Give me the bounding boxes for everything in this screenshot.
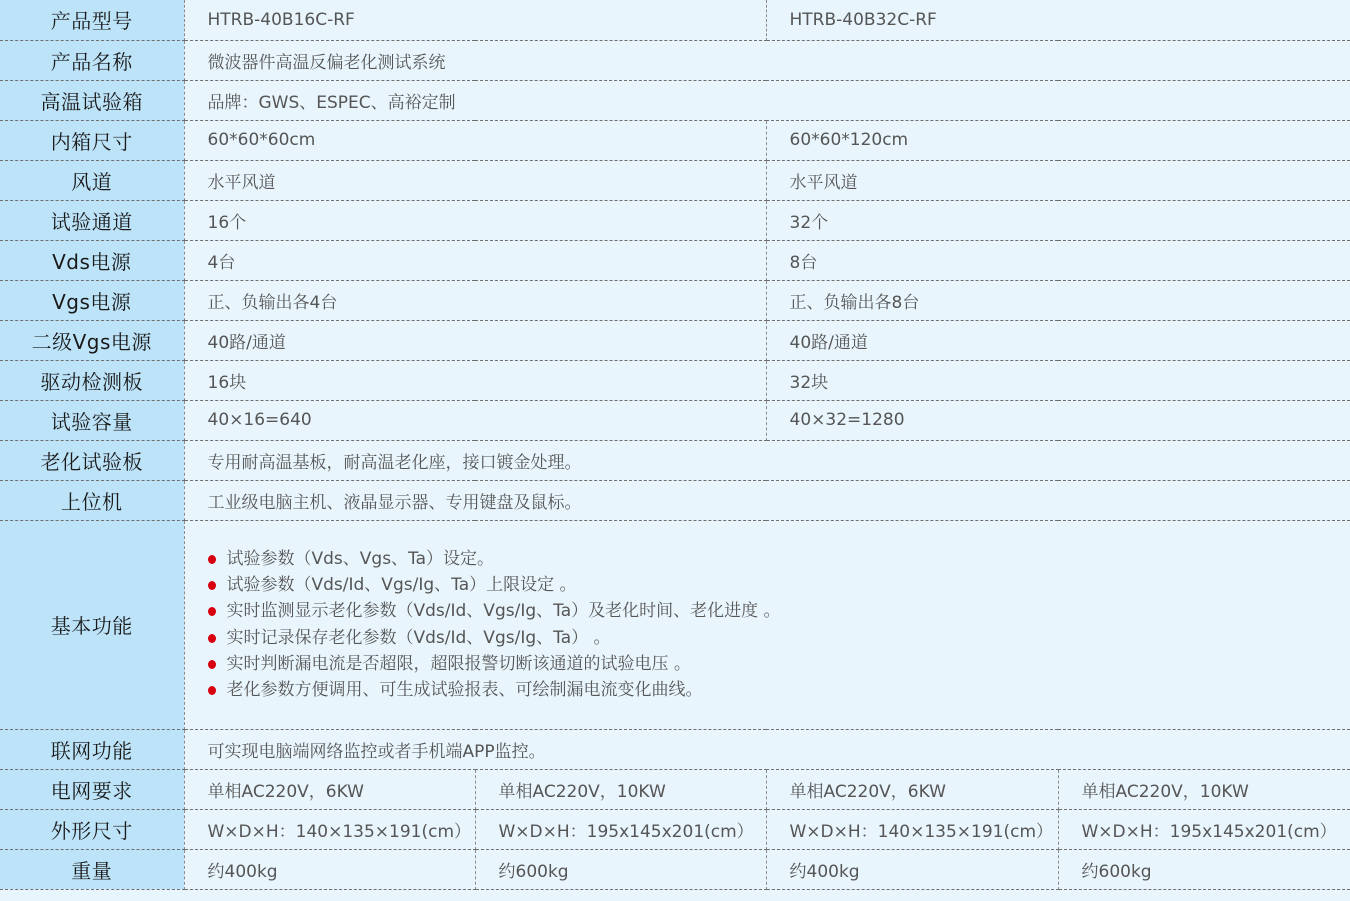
row-label: 试验通道	[0, 200, 184, 240]
row-label: 联网功能	[0, 729, 184, 769]
row-capacity: 试验容量 40×16=640 40×32=1280	[0, 400, 1350, 440]
cell-weight-2: 约600kg	[475, 849, 766, 889]
cell-inner-size-32: 60*60*120cm	[766, 120, 1350, 160]
row-basic-functions: 基本功能 试验参数（Vds、Vgs、Ta）设定。 试验参数（Vds/Id、Vgs…	[0, 520, 1350, 729]
cell-power-grid-1: 单相AC220V，6KW	[184, 769, 475, 809]
cell-weight-3: 约400kg	[766, 849, 1058, 889]
row-label: Vgs电源	[0, 280, 184, 320]
cell-power-grid-3: 单相AC220V，6KW	[766, 769, 1058, 809]
cell-dimensions-2: W×D×H：195x145x201(cm）	[475, 809, 766, 849]
row-driver-board: 驱动检测板 16块 32块	[0, 360, 1350, 400]
feature-list: 试验参数（Vds、Vgs、Ta）设定。 试验参数（Vds/Id、Vgs/Ig、T…	[208, 546, 1350, 704]
cell-capacity-16: 40×16=640	[184, 400, 766, 440]
feature-item: 试验参数（Vds/Id、Vgs/Ig、Ta）上限设定 。	[208, 572, 1350, 598]
cell-weight-1: 约400kg	[184, 849, 475, 889]
feature-item: 老化参数方便调用、可生成试验报表、可绘制漏电流变化曲线。	[208, 677, 1350, 703]
row-vgs-power: Vgs电源 正、负输出各4台 正、负输出各8台	[0, 280, 1350, 320]
row-label: 重量	[0, 849, 184, 889]
cell-basic-functions: 试验参数（Vds、Vgs、Ta）设定。 试验参数（Vds/Id、Vgs/Ig、T…	[184, 520, 1350, 729]
row-label: 风道	[0, 160, 184, 200]
cell-vgs-16: 正、负输出各4台	[184, 280, 766, 320]
cell-power-grid-4: 单相AC220V，10KW	[1058, 769, 1350, 809]
row-label: 内箱尺寸	[0, 120, 184, 160]
row-label: 外形尺寸	[0, 809, 184, 849]
row-host-pc: 上位机 工业级电脑主机、液晶显示器、专用键盘及鼠标。	[0, 480, 1350, 520]
row-network: 联网功能 可实现电脑端网络监控或者手机端APP监控。	[0, 729, 1350, 769]
cell-driver-board-16: 16块	[184, 360, 766, 400]
row-power-grid: 电网要求 单相AC220V，6KW 单相AC220V，10KW 单相AC220V…	[0, 769, 1350, 809]
cell-secondary-vgs-32: 40路/通道	[766, 320, 1350, 360]
row-label: 产品型号	[0, 0, 184, 40]
row-secondary-vgs: 二级Vgs电源 40路/通道 40路/通道	[0, 320, 1350, 360]
row-product-name: 产品名称 微波器件高温反偏老化测试系统	[0, 40, 1350, 80]
bullet-icon	[208, 686, 216, 695]
bullet-icon	[208, 607, 216, 616]
cell-vgs-32: 正、负输出各8台	[766, 280, 1350, 320]
feature-item: 实时监测显示老化参数（Vds/Id、Vgs/Ig、Ta）及老化时间、老化进度 。	[208, 598, 1350, 624]
row-chamber: 高温试验箱 品牌：GWS、ESPEC、高裕定制	[0, 80, 1350, 120]
row-label: 老化试验板	[0, 440, 184, 480]
row-label: 电网要求	[0, 769, 184, 809]
row-label: 产品名称	[0, 40, 184, 80]
row-label: 上位机	[0, 480, 184, 520]
cell-burnin-board: 专用耐高温基板，耐高温老化座，接口镀金处理。	[184, 440, 1350, 480]
cell-network: 可实现电脑端网络监控或者手机端APP监控。	[184, 729, 1350, 769]
bullet-icon	[208, 634, 216, 643]
cell-product-name: 微波器件高温反偏老化测试系统	[184, 40, 1350, 80]
cell-dimensions-4: W×D×H：195x145x201(cm）	[1058, 809, 1350, 849]
cell-model-32: HTRB-40B32C-RF	[766, 0, 1350, 40]
cell-weight-4: 约600kg	[1058, 849, 1350, 889]
row-inner-size: 内箱尺寸 60*60*60cm 60*60*120cm	[0, 120, 1350, 160]
cell-channels-16: 16个	[184, 200, 766, 240]
cell-secondary-vgs-16: 40路/通道	[184, 320, 766, 360]
row-label: 高温试验箱	[0, 80, 184, 120]
bullet-icon	[208, 581, 216, 590]
feature-item: 实时记录保存老化参数（Vds/Id、Vgs/Ig、Ta） 。	[208, 625, 1350, 651]
cell-capacity-32: 40×32=1280	[766, 400, 1350, 440]
row-model: 产品型号 HTRB-40B16C-RF HTRB-40B32C-RF	[0, 0, 1350, 40]
spec-table: 产品型号 HTRB-40B16C-RF HTRB-40B32C-RF 产品名称 …	[0, 0, 1350, 890]
cell-model-16: HTRB-40B16C-RF	[184, 0, 766, 40]
row-label: 试验容量	[0, 400, 184, 440]
feature-item: 试验参数（Vds、Vgs、Ta）设定。	[208, 546, 1350, 572]
cell-dimensions-1: W×D×H：140×135×191(cm）	[184, 809, 475, 849]
cell-vds-16: 4台	[184, 240, 766, 280]
row-label: Vds电源	[0, 240, 184, 280]
cell-vds-32: 8台	[766, 240, 1350, 280]
feature-item: 实时判断漏电流是否超限，超限报警切断该通道的试验电压 。	[208, 651, 1350, 677]
row-weight: 重量 约400kg 约600kg 约400kg 约600kg	[0, 849, 1350, 889]
row-label: 基本功能	[0, 520, 184, 729]
cell-driver-board-32: 32块	[766, 360, 1350, 400]
row-channels: 试验通道 16个 32个	[0, 200, 1350, 240]
cell-air-duct-32: 水平风道	[766, 160, 1350, 200]
cell-dimensions-3: W×D×H：140×135×191(cm）	[766, 809, 1058, 849]
row-burnin-board: 老化试验板 专用耐高温基板，耐高温老化座，接口镀金处理。	[0, 440, 1350, 480]
cell-host-pc: 工业级电脑主机、液晶显示器、专用键盘及鼠标。	[184, 480, 1350, 520]
cell-channels-32: 32个	[766, 200, 1350, 240]
row-vds-power: Vds电源 4台 8台	[0, 240, 1350, 280]
cell-chamber: 品牌：GWS、ESPEC、高裕定制	[184, 80, 1350, 120]
cell-air-duct-16: 水平风道	[184, 160, 766, 200]
row-dimensions: 外形尺寸 W×D×H：140×135×191(cm） W×D×H：195x145…	[0, 809, 1350, 849]
row-label: 二级Vgs电源	[0, 320, 184, 360]
row-label: 驱动检测板	[0, 360, 184, 400]
bullet-icon	[208, 660, 216, 669]
cell-power-grid-2: 单相AC220V，10KW	[475, 769, 766, 809]
bullet-icon	[208, 555, 216, 564]
cell-inner-size-16: 60*60*60cm	[184, 120, 766, 160]
row-air-duct: 风道 水平风道 水平风道	[0, 160, 1350, 200]
